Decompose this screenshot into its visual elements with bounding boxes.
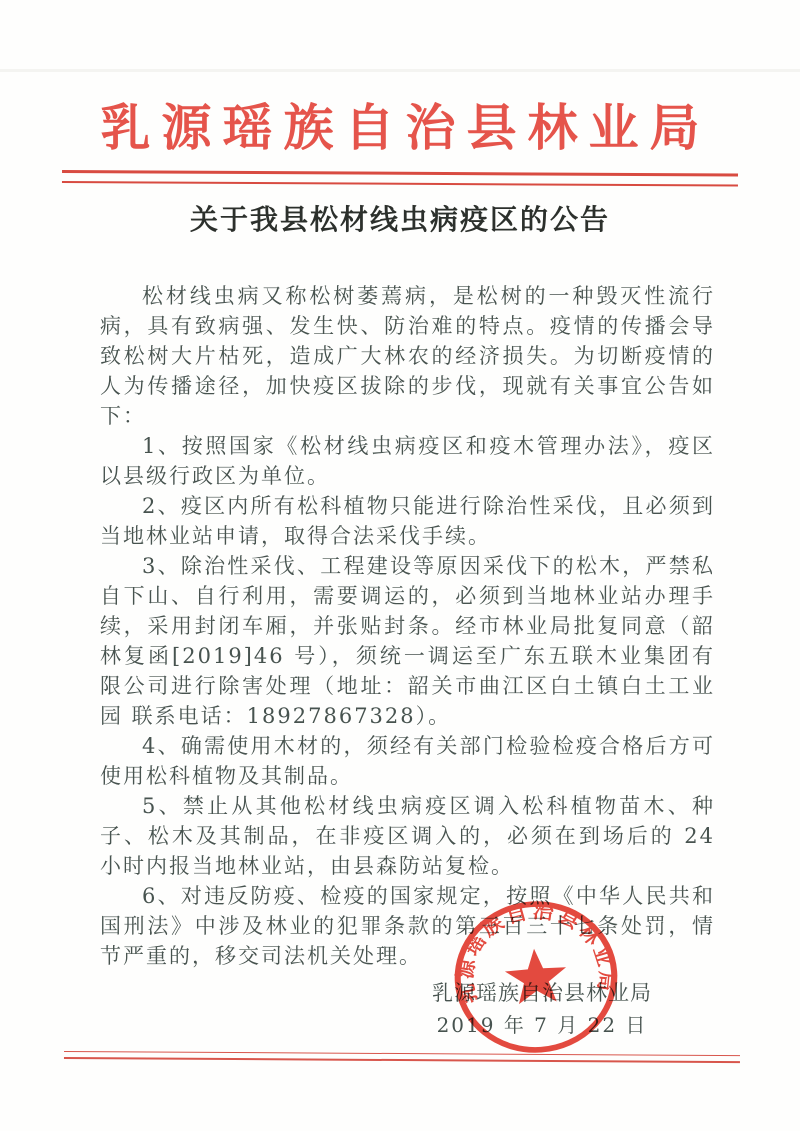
official-seal: 乳源瑶族自治县林业局	[444, 890, 629, 1064]
paragraph-item-5: 5、禁止从其他松材线虫病疫区调入松科植物苗木、种子、松木及其制品，在非疫区调入的…	[100, 791, 715, 881]
paragraph-item-2: 2、疫区内所有松科植物只能进行除治性采伐，且必须到当地林业站申请，取得合法采伐手…	[100, 491, 715, 551]
seal-star-icon	[503, 947, 568, 1005]
paragraph-intro: 松材线虫病又称松树萎蔫病，是松树的一种毁灭性流行病，具有致病强、发生快、防治难的…	[100, 281, 715, 431]
org-header: 乳源瑶族自治县林业局	[0, 102, 800, 154]
scan-artifact-band	[0, 69, 800, 72]
doc-title: 关于我县松材线虫病疫区的公告	[0, 203, 800, 237]
notice-body: 松材线虫病又称松树萎蔫病，是松树的一种毁灭性流行病，具有致病强、发生快、防治难的…	[0, 281, 800, 971]
paragraph-item-6: 6、对违反防疫、检疫的国家规定，按照《中华人民共和国刑法》中涉及林业的犯罪条款的…	[100, 881, 715, 971]
paragraph-item-3: 3、除治性采伐、工程建设等原因采伐下的松木，严禁私自下山、自行利用，需要调运的，…	[100, 551, 715, 731]
header-double-rule	[62, 170, 738, 187]
scanned-notice-page: 乳源瑶族自治县林业局 关于我县松材线虫病疫区的公告 松材线虫病又称松树萎蔫病，是…	[0, 0, 800, 1131]
paragraph-item-4: 4、确需使用木材的，须经有关部门检验检疫合格后方可使用松科植物及其制品。	[100, 731, 715, 791]
footer-double-rule	[64, 1051, 740, 1063]
paragraph-item-1: 1、按照国家《松材线虫病疫区和疫木管理办法》，疫区以县级行政区为单位。	[100, 431, 715, 491]
